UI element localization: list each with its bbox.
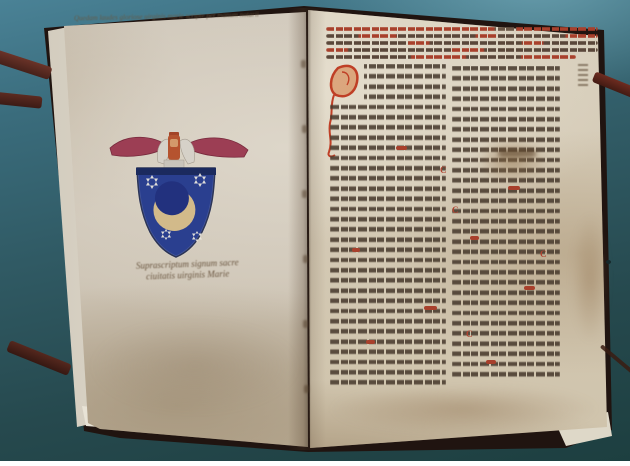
rubric-touch [352,248,360,252]
leather-strap [0,91,42,108]
rubric-line [326,41,598,45]
paragraph-mark-icon: C [452,206,459,215]
rubric-line [326,34,598,38]
table-background: Quedam laudes gloriose uirginis marie sc… [0,0,630,461]
sewing-station [304,385,309,393]
margin-note [578,64,588,86]
sewing-station [303,255,308,263]
text-column-left [330,64,446,386]
paragraph-mark-icon: C [540,250,547,259]
rubric-touch [470,236,479,240]
rubric-touch [486,360,496,364]
sewing-station [303,320,308,328]
rubric-line [326,48,598,52]
rubric-block [326,27,598,62]
leather-strap [0,49,53,80]
sewing-station [301,60,306,68]
photo-frame: Quedam laudes gloriose uirginis marie sc… [0,0,630,466]
paragraph-mark-icon: C [440,166,447,175]
leather-strap [6,340,72,376]
sewing-station [302,125,307,133]
table-speck [606,260,611,264]
paragraph-mark-icon: C [466,330,473,339]
rubric-touch [508,186,520,190]
sewing-station [302,190,307,198]
rubric-line [326,55,576,59]
rubric-touch [424,306,437,310]
rubric-touch [396,146,407,150]
parchment-stain [498,150,536,157]
rubric-line [326,27,598,31]
crest-figure-icon [168,135,180,160]
rubric-touch [366,340,375,344]
rubric-touch [524,286,535,290]
